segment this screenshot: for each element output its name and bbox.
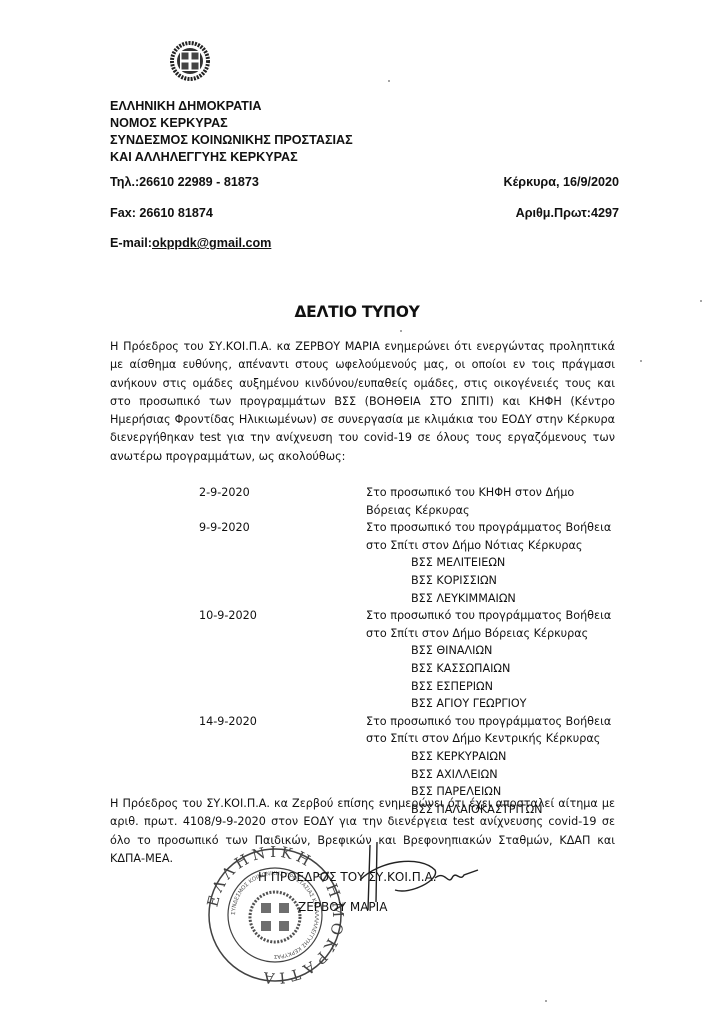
- scan-speck: [388, 80, 390, 82]
- schedule-row: 9-9-2020Στο προσωπικό του προγράμματος Β…: [0, 519, 714, 607]
- schedule-unit: ΒΣΣ ΚΕΡΚΥΡΑΙΩΝ: [366, 748, 636, 766]
- schedule-description: Στο προσωπικό του ΚΗΦΗ στον ΔήμοΒόρειας …: [366, 484, 636, 519]
- letterhead: ΕΛΛΗΝΙΚΗ ΔΗΜΟΚΡΑΤΙΑ ΝΟΜΟΣ ΚΕΡΚΥΡΑΣ ΣΥΝΔΕ…: [110, 98, 353, 166]
- schedule-description-line: στο Σπίτι στον Δήμο Κεντρικής Κέρκυρας: [366, 730, 636, 748]
- schedule-unit: ΒΣΣ ΘΙΝΑΛΙΩΝ: [366, 642, 636, 660]
- schedule-unit: ΒΣΣ ΛΕΥΚΙΜΜΑΙΩΝ: [366, 590, 636, 608]
- schedule-list: 2-9-2020Στο προσωπικό του ΚΗΦΗ στον Δήμο…: [0, 484, 714, 818]
- letterhead-line: ΝΟΜΟΣ ΚΕΡΚΥΡΑΣ: [110, 115, 353, 132]
- schedule-description-line: στο Σπίτι στον Δήμο Νότιας Κέρκυρας: [366, 537, 636, 555]
- letterhead-line: ΕΛΛΗΝΙΚΗ ΔΗΜΟΚΡΑΤΙΑ: [110, 98, 353, 115]
- email: E-mail:okppdk@gmail.com: [110, 236, 271, 250]
- schedule-description-line: Βόρειας Κέρκυρας: [366, 502, 636, 520]
- greek-coat-of-arms-icon: [170, 40, 210, 82]
- schedule-unit: ΒΣΣ ΑΧΙΛΛΕΙΩΝ: [366, 766, 636, 784]
- schedule-unit: ΒΣΣ ΚΟΡΙΣΣΙΩΝ: [366, 572, 636, 590]
- schedule-date: 9-9-2020: [199, 519, 250, 537]
- document-page: ΕΛΛΗΝΙΚΗ ΔΗΜΟΚΡΑΤΙΑ ΝΟΜΟΣ ΚΕΡΚΥΡΑΣ ΣΥΝΔΕ…: [0, 0, 714, 1024]
- schedule-date: 14-9-2020: [199, 713, 257, 731]
- letterhead-line: ΚΑΙ ΑΛΛΗΛΕΓΓΥΗΣ ΚΕΡΚΥΡΑΣ: [110, 149, 353, 166]
- scan-speck: [700, 300, 702, 302]
- schedule-unit: ΒΣΣ ΚΑΣΣΩΠΑΙΩΝ: [366, 660, 636, 678]
- schedule-description-line: Στο προσωπικό του προγράμματος Βοήθεια: [366, 519, 636, 537]
- intro-text: Η Πρόεδρος του ΣΥ.ΚΟΙ.Π.Α. κα ΖΕΡΒΟΥ ΜΑΡ…: [110, 338, 615, 466]
- signature-title: Η ΠΡΟΕΔΡΟΣ ΤΟΥ ΣΥ.ΚΟΙ.Π.Α.: [258, 862, 437, 892]
- scan-speck: [400, 330, 402, 332]
- schedule-description-line: Στο προσωπικό του προγράμματος Βοήθεια: [366, 607, 636, 625]
- email-link[interactable]: okppdk@gmail.com: [152, 236, 271, 250]
- letterhead-line: ΣΥΝΔΕΣΜΟΣ ΚΟΙΝΩΝΙΚΗΣ ΠΡΟΣΤΑΣΙΑΣ: [110, 132, 353, 149]
- email-label: E-mail:: [110, 236, 152, 250]
- scan-speck: [545, 1000, 547, 1002]
- schedule-unit: ΒΣΣ ΕΣΠΕΡΙΩΝ: [366, 678, 636, 696]
- intro-paragraph: Η Πρόεδρος του ΣΥ.ΚΟΙ.Π.Α. κα ΖΕΡΒΟΥ ΜΑΡ…: [110, 338, 615, 466]
- schedule-date: 10-9-2020: [199, 607, 257, 625]
- fax: Fax: 26610 81874: [110, 206, 213, 220]
- document-title: ΔΕΛΤΙΟ ΤΥΠΟΥ: [0, 303, 714, 321]
- telephone: Τηλ.:26610 22989 - 81873: [110, 175, 259, 189]
- schedule-unit: ΒΣΣ ΑΓΙΟΥ ΓΕΩΡΓΙΟΥ: [366, 695, 636, 713]
- schedule-row: 2-9-2020Στο προσωπικό του ΚΗΦΗ στον Δήμο…: [0, 484, 714, 519]
- schedule-row: 10-9-2020Στο προσωπικό του προγράμματος …: [0, 607, 714, 713]
- protocol-number: Αριθμ.Πρωτ:4297: [516, 206, 619, 220]
- schedule-description-line: Στο προσωπικό του ΚΗΦΗ στον Δήμο: [366, 484, 636, 502]
- schedule-unit: ΒΣΣ ΜΕΛΙΤΕΙΕΩΝ: [366, 554, 636, 572]
- schedule-date: 2-9-2020: [199, 484, 250, 502]
- schedule-description: Στο προσωπικό του προγράμματος Βοήθειαστ…: [366, 607, 636, 713]
- scan-speck: [640, 360, 642, 362]
- place-date: Κέρκυρα, 16/9/2020: [504, 175, 619, 189]
- schedule-description: Στο προσωπικό του προγράμματος Βοήθειαστ…: [366, 519, 636, 607]
- schedule-description-line: στο Σπίτι στον Δήμο Βόρειας Κέρκυρας: [366, 625, 636, 643]
- signature-block: Η ΠΡΟΕΔΡΟΣ ΤΟΥ ΣΥ.ΚΟΙ.Π.Α. ΖΕΡΒΟΥ ΜΑΡΙΑ: [258, 862, 437, 922]
- schedule-description-line: Στο προσωπικό του προγράμματος Βοήθεια: [366, 713, 636, 731]
- signature-name: ΖΕΡΒΟΥ ΜΑΡΙΑ: [258, 892, 437, 922]
